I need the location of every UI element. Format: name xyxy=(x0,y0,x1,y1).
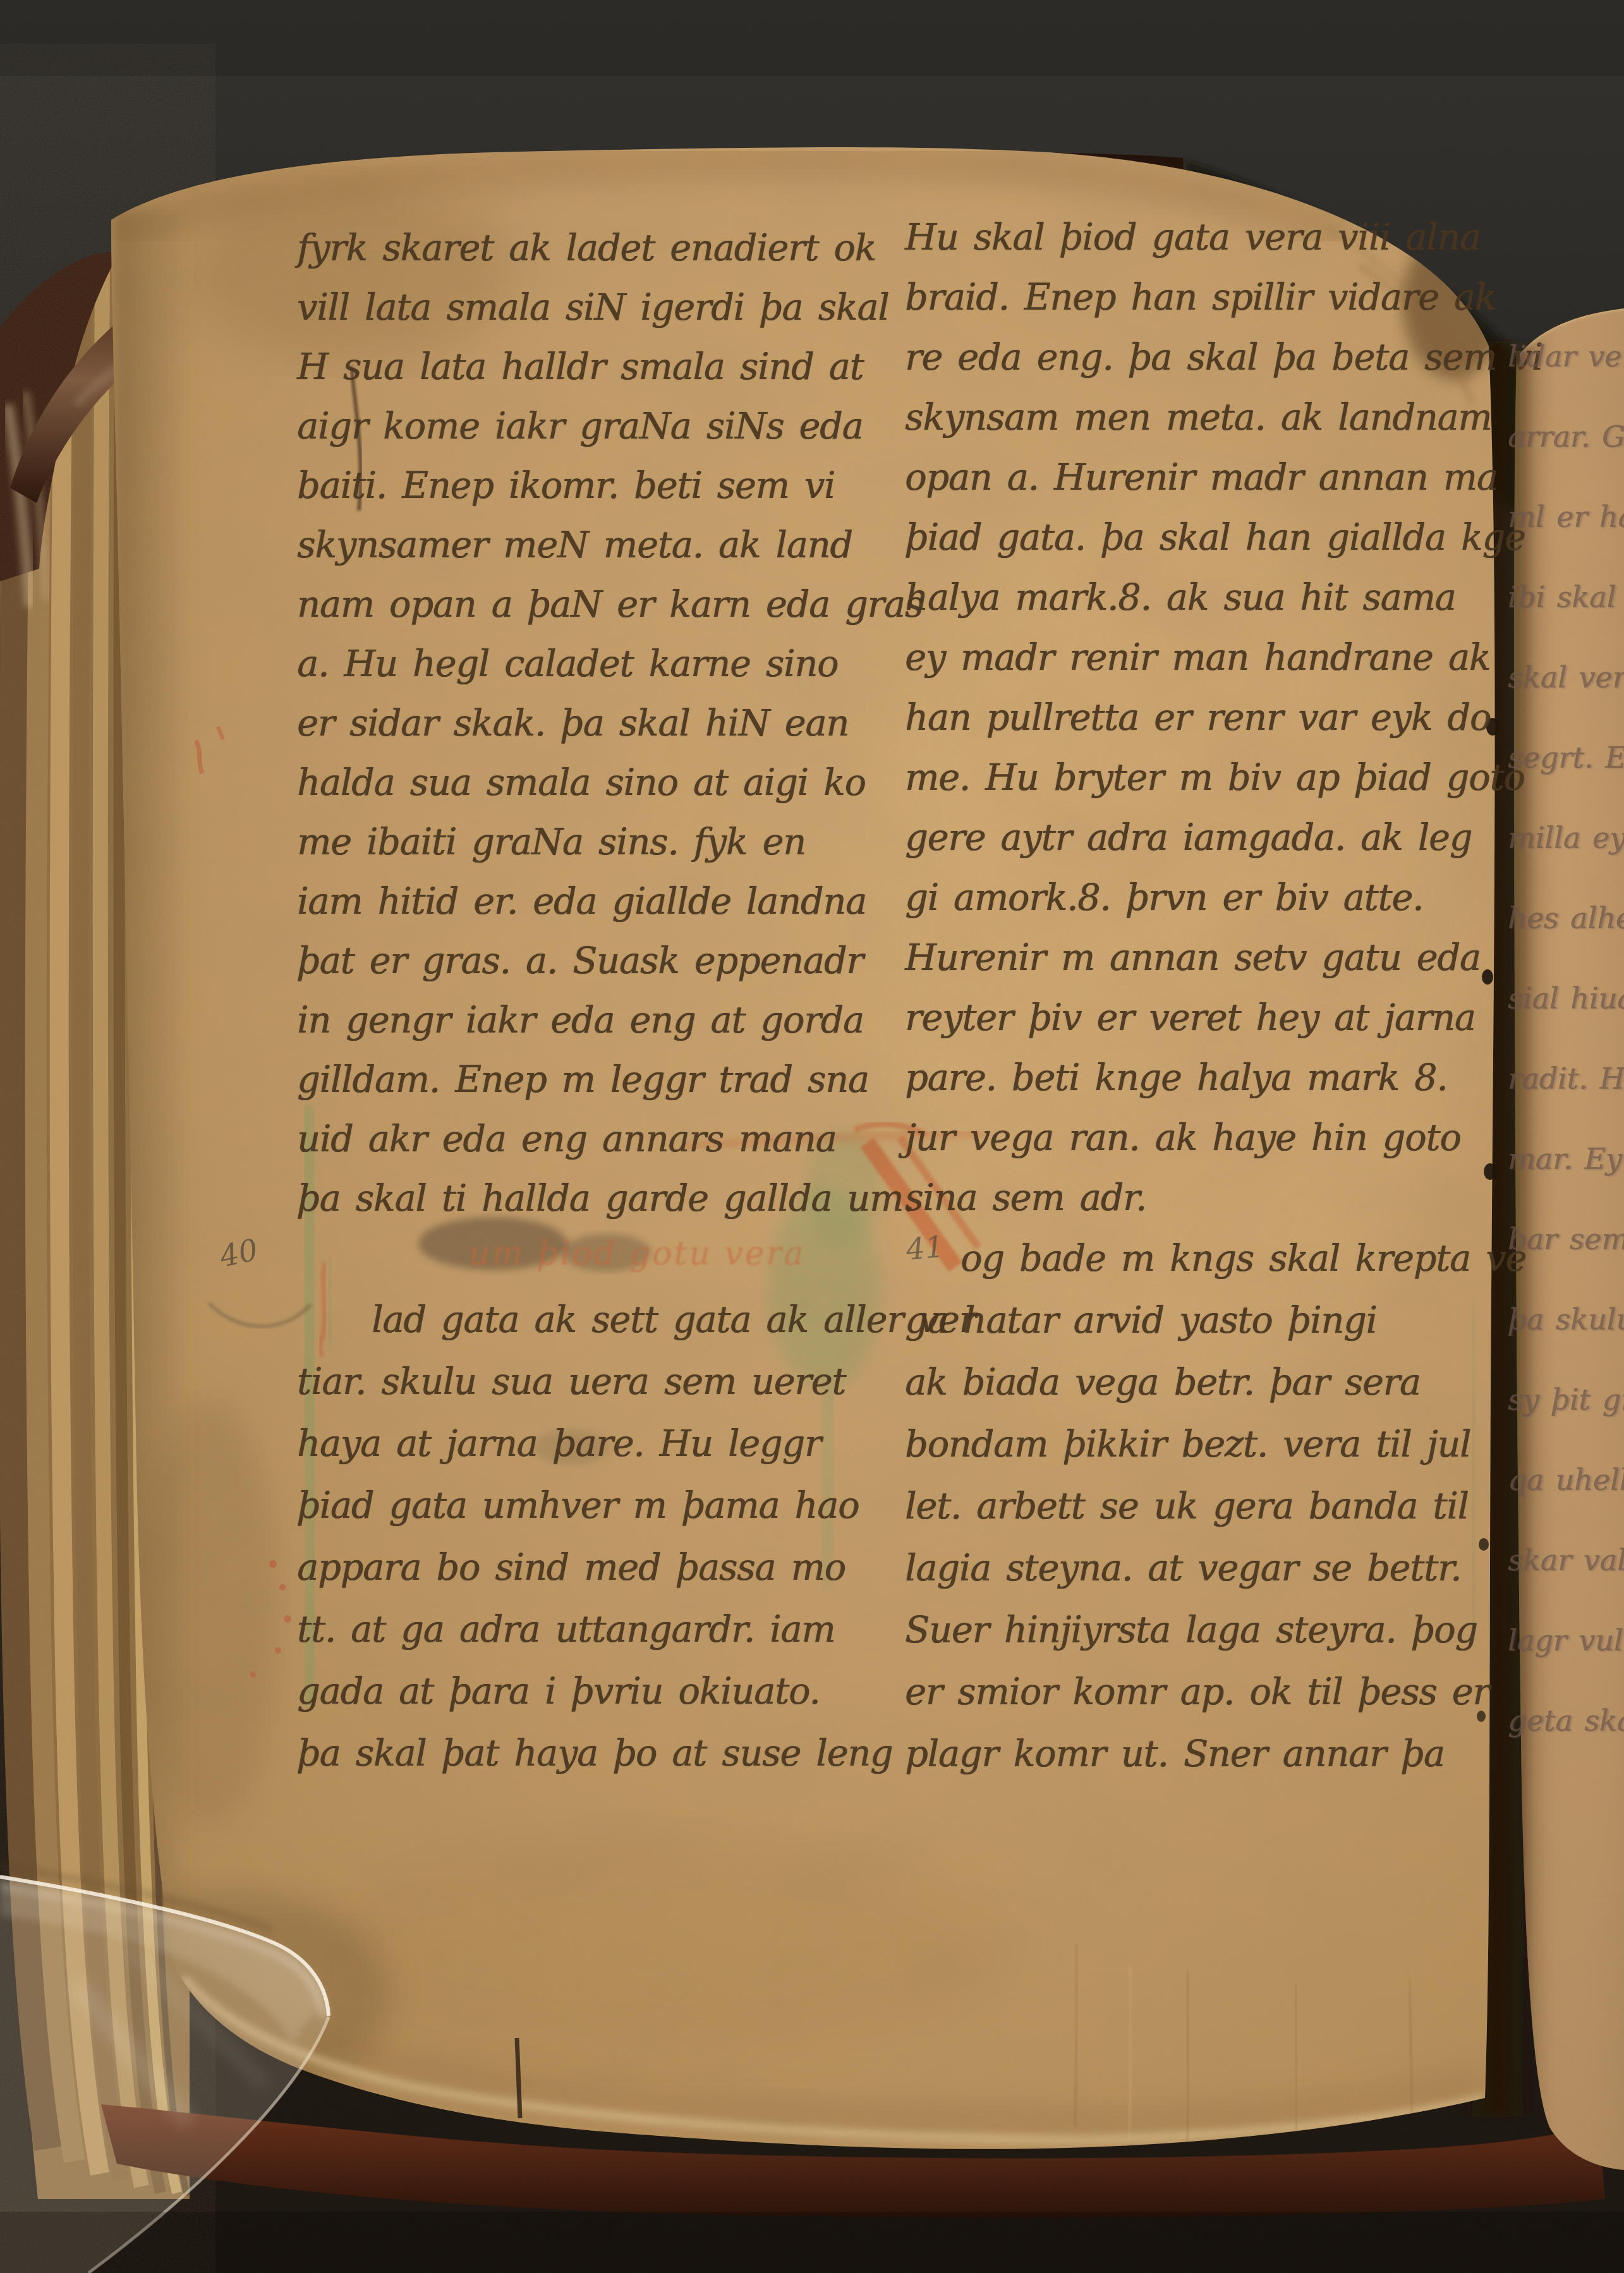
codex-artwork xyxy=(0,0,1624,2273)
photo-grain xyxy=(0,0,1624,2273)
manuscript-photo: fyrk skaret ak ladet enadiert okvill lat… xyxy=(0,0,1624,2273)
